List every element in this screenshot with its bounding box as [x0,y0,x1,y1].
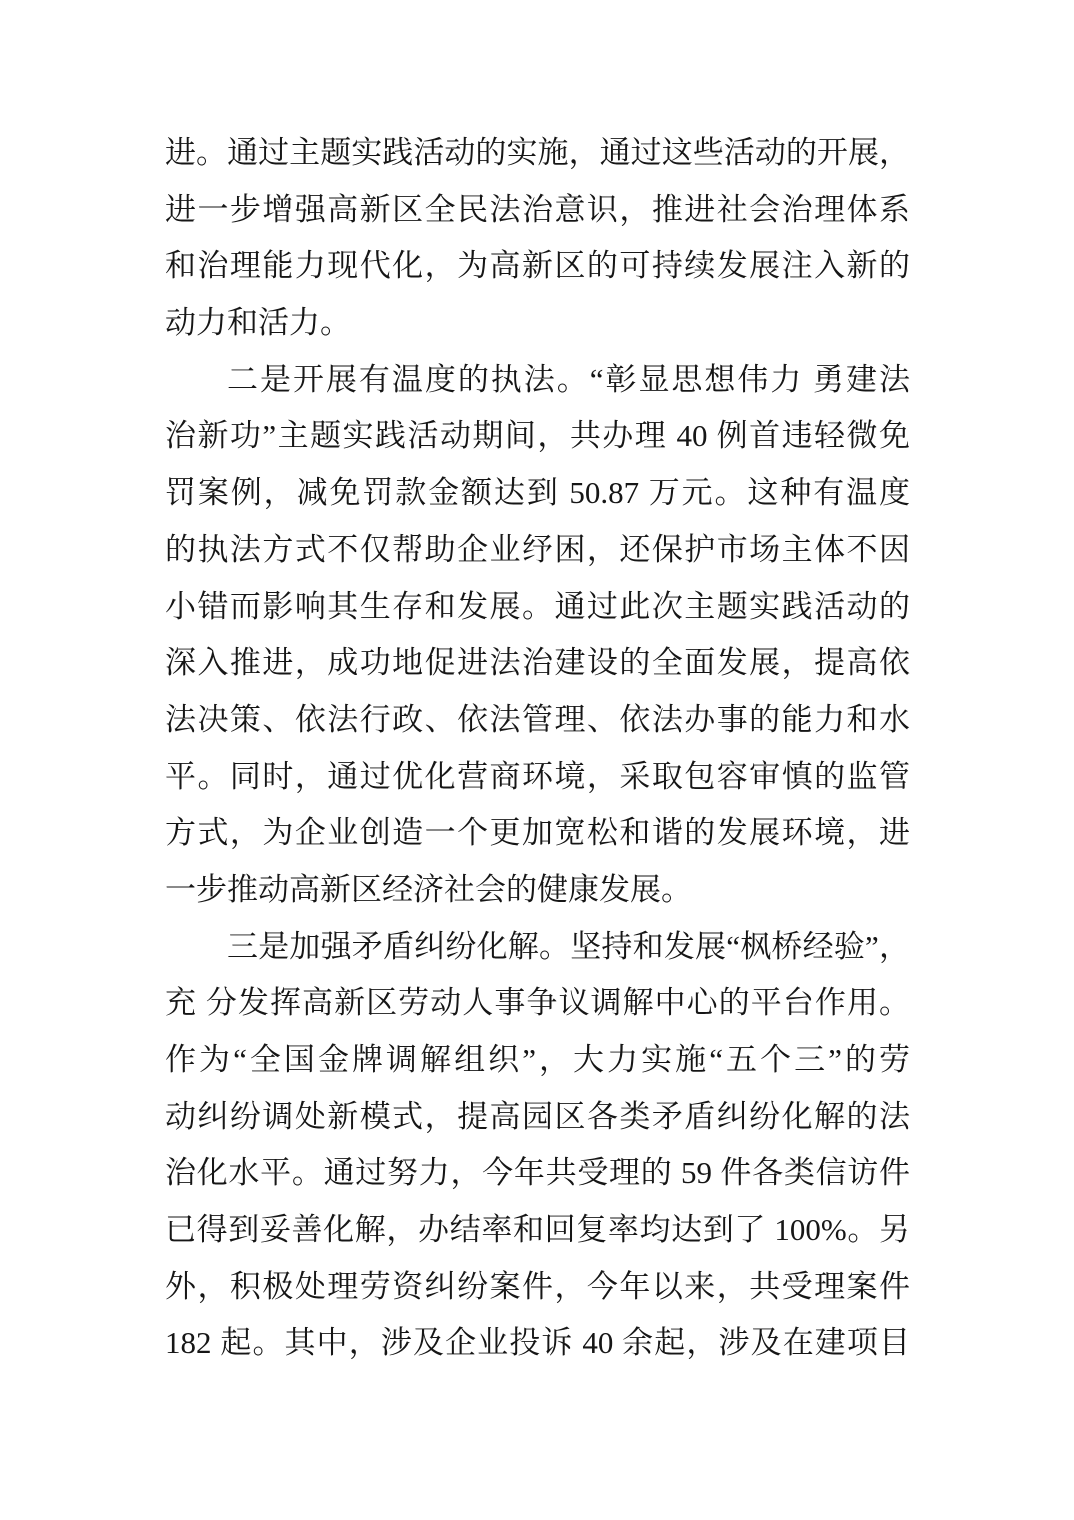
text-line: 治化水平。通过努力，今年共受理的 59 件各类信访件 [165,1145,910,1202]
document-page: 进。通过主题实践活动的实施，通过这些活动的开展，进一步增强高新区全民法治意识，推… [0,0,1074,1520]
text-line: 平。同时，通过优化营商环境，采取包容审慎的监管 [165,749,910,806]
text-line: 动力和活力。 [165,295,910,352]
text-line: 和治理能力现代化，为高新区的可持续发展注入新的 [165,238,910,295]
text-line: 深入推进，成功地促进法治建设的全面发展，提高依 [165,635,910,692]
text-line: 小错而影响其生存和发展。通过此次主题实践活动的 [165,579,910,636]
text-line: 罚案例，减免罚款金额达到 50.87 万元。这种有温度 [165,465,910,522]
text-line: 一步推动高新区经济社会的健康发展。 [165,862,910,919]
text-line: 三是加强矛盾纠纷化解。坚持和发展“枫桥经验”， [165,919,910,976]
text-line: 的执法方式不仅帮助企业纾困，还保护市场主体不因 [165,522,910,579]
text-line: 充 分发挥高新区劳动人事争议调解中心的平台作用。 [165,975,910,1032]
text-line: 方式，为企业创造一个更加宽松和谐的发展环境，进 [165,805,910,862]
text-line: 二是开展有温度的执法。“彰显思想伟力 勇建法 [165,352,910,409]
text-line: 进一步增强高新区全民法治意识，推进社会治理体系 [165,182,910,239]
text-line: 法决策、依法行政、依法管理、依法办事的能力和水 [165,692,910,749]
text-line: 作为“全国金牌调解组织”，大力实施“五个三”的劳 [165,1032,910,1089]
paragraph: 二是开展有温度的执法。“彰显思想伟力 勇建法治新功”主题实践活动期间，共办理 4… [165,352,910,919]
text-line: 182 起。其中，涉及企业投诉 40 余起，涉及在建项目 [165,1315,910,1372]
paragraph: 三是加强矛盾纠纷化解。坚持和发展“枫桥经验”，充 分发挥高新区劳动人事争议调解中… [165,919,910,1373]
text-line: 治新功”主题实践活动期间，共办理 40 例首违轻微免 [165,408,910,465]
text-line: 外，积极处理劳资纠纷案件，今年以来，共受理案件 [165,1259,910,1316]
document-text: 进。通过主题实践活动的实施，通过这些活动的开展，进一步增强高新区全民法治意识，推… [165,125,910,1372]
text-line: 进。通过主题实践活动的实施，通过这些活动的开展， [165,125,910,182]
paragraph: 进。通过主题实践活动的实施，通过这些活动的开展，进一步增强高新区全民法治意识，推… [165,125,910,352]
text-line: 已得到妥善化解，办结率和回复率均达到了 100%。另 [165,1202,910,1259]
text-line: 动纠纷调处新模式，提高园区各类矛盾纠纷化解的法 [165,1089,910,1146]
